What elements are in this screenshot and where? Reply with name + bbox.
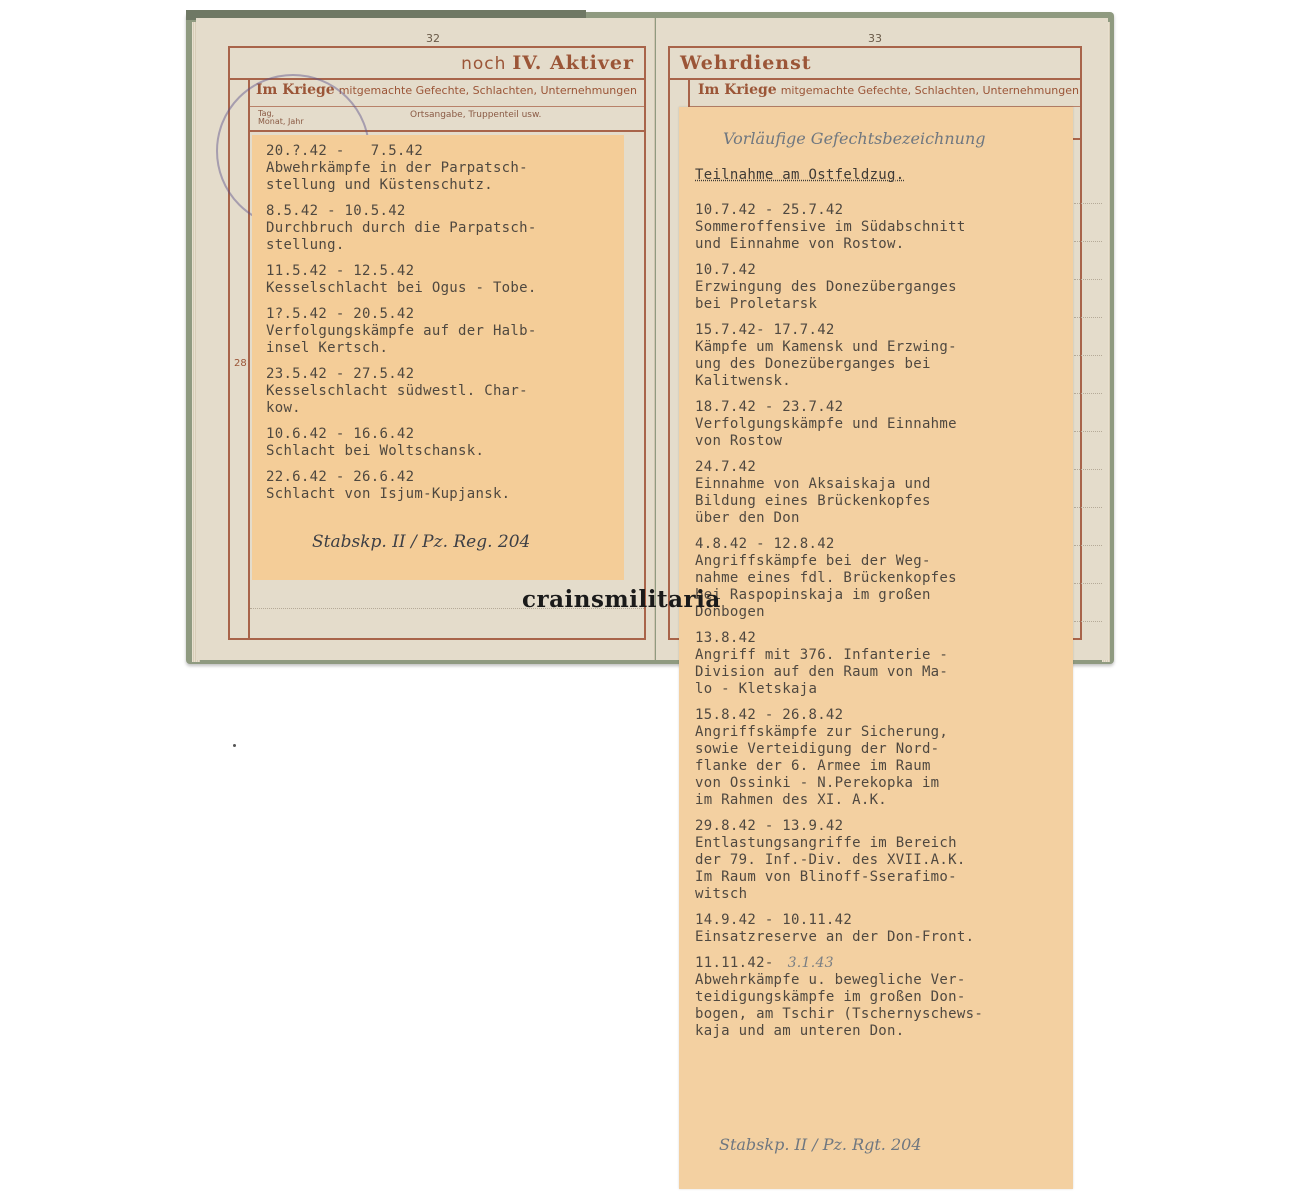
entry-list: 20.?.42 - 7.5.42Abwehrkämpfe in der Parp… — [266, 143, 537, 512]
entry-list: 10.7.42 - 25.7.42Sommeroffensive im Süda… — [695, 202, 983, 1049]
entry-date: 11.5.42 - 12.5.42 — [266, 263, 537, 280]
entry-date: 22.6.42 - 26.6.42 — [266, 469, 537, 486]
entry-text: Einnahme von Aksaiskaja und Bildung eine… — [695, 476, 983, 527]
entry: 24.7.42Einnahme von Aksaiskaja und Bildu… — [695, 459, 983, 527]
section-rest: mitgemachte Gefechte, Schlachten, Untern… — [339, 84, 637, 97]
page-header: nochIV. Aktiver — [461, 52, 634, 74]
entry: 11.11.42-3.1.43Abwehrkämpfe u. beweglich… — [695, 955, 983, 1040]
entry: 13.8.42Angriff mit 376. Infanterie - Div… — [695, 630, 983, 698]
slip-heading: Teilnahme am Ostfeldzug. — [695, 167, 905, 183]
entry-text: Schlacht von Isjum-Kupjansk. — [266, 486, 537, 503]
entry: 18.7.42 - 23.7.42Verfolgungskämpfe und E… — [695, 399, 983, 450]
header-band: nochIV. Aktiver — [230, 48, 644, 80]
entry-text: Einsatzreserve an der Don-Front. — [695, 929, 983, 946]
typed-slip-right: Vorläufige Gefechtsbezeichnung Teilnahme… — [679, 107, 1073, 1189]
entry-date: 29.8.42 - 13.9.42 — [695, 818, 983, 835]
watermark: crainsmilitaria — [522, 586, 721, 613]
divider — [250, 106, 644, 107]
section-bold: Im Kriege — [256, 82, 335, 98]
row-line — [1074, 431, 1102, 432]
entry-text: Angriffskämpfe zur Sicherung, sowie Vert… — [695, 724, 983, 809]
margin-number: 28 — [234, 358, 247, 369]
col-date-label-2: Monat, Jahr — [258, 118, 304, 126]
entry-text: Angriff mit 376. Infanterie - Division a… — [695, 647, 983, 698]
divider — [250, 130, 644, 132]
entry-date: 10.7.42 — [695, 262, 983, 279]
entry-date: 20.?.42 - 7.5.42 — [266, 143, 537, 160]
section-bold: Im Kriege — [698, 82, 777, 98]
entry-text: Schlacht bei Woltschansk. — [266, 443, 537, 460]
section-header: Im Kriegemitgemachte Gefechte, Schlachte… — [256, 82, 637, 98]
entry-text: Erzwingung des Donezüberganges bei Prole… — [695, 279, 983, 313]
page-number: 33 — [868, 32, 882, 45]
speck — [233, 744, 236, 747]
column-header-place: Ortsangabe, Truppenteil usw. — [410, 110, 541, 120]
row-line — [1074, 317, 1102, 318]
entry-date: 11.11.42-3.1.43 — [695, 955, 983, 972]
entry-date: 4.8.42 - 12.8.42 — [695, 536, 983, 553]
page-number: 32 — [426, 32, 440, 45]
header-title: IV. Aktiver — [512, 52, 634, 74]
row-line — [1074, 507, 1102, 508]
entry: 15.8.42 - 26.8.42Angriffskämpfe zur Sich… — [695, 707, 983, 809]
entry: 14.9.42 - 10.11.42Einsatzreserve an der … — [695, 912, 983, 946]
row-line — [1074, 621, 1102, 622]
row-line — [1074, 241, 1102, 242]
entry: 29.8.42 - 13.9.42Entlastungsangriffe im … — [695, 818, 983, 903]
entry-date: 15.7.42- 17.7.42 — [695, 322, 983, 339]
handwritten-heading: Vorläufige Gefechtsbezeichnung — [723, 129, 986, 148]
entry-date: 24.7.42 — [695, 459, 983, 476]
entry-date: 15.8.42 - 26.8.42 — [695, 707, 983, 724]
entry-date: 13.8.42 — [695, 630, 983, 647]
entry-date: 23.5.42 - 27.5.42 — [266, 366, 537, 383]
entry-date: 8.5.42 - 10.5.42 — [266, 203, 537, 220]
entry-text: Kesselschlacht südwestl. Char- kow. — [266, 383, 537, 417]
entry-text: Verfolgungskämpfe auf der Halb- insel Ke… — [266, 323, 537, 357]
row-line — [1074, 469, 1102, 470]
row-line — [1074, 583, 1102, 584]
section-header: Im Kriegemitgemachte Gefechte, Schlachte… — [698, 82, 1079, 98]
entry: 10.6.42 - 16.6.42Schlacht bei Woltschans… — [266, 426, 537, 460]
page-header: Wehrdienst — [680, 52, 812, 74]
column-header-date: Tag, Monat, Jahr — [258, 110, 304, 126]
entry: 1?.5.42 - 20.5.42Verfolgungskämpfe auf d… — [266, 306, 537, 357]
entry: 22.6.42 - 26.6.42Schlacht von Isjum-Kupj… — [266, 469, 537, 503]
row-line — [1074, 355, 1102, 356]
entry: 20.?.42 - 7.5.42Abwehrkämpfe in der Parp… — [266, 143, 537, 194]
row-line — [1074, 545, 1102, 546]
entry: 23.5.42 - 27.5.42Kesselschlacht südwestl… — [266, 366, 537, 417]
entry-text: Kämpfe um Kamensk und Erzwing- ung des D… — [695, 339, 983, 390]
entry-date: 18.7.42 - 23.7.42 — [695, 399, 983, 416]
row-line — [1074, 279, 1102, 280]
entry: 8.5.42 - 10.5.42Durchbruch durch die Par… — [266, 203, 537, 254]
row-line — [1074, 203, 1102, 204]
entry-text: Sommeroffensive im Südabschnitt und Einn… — [695, 219, 983, 253]
entry-text: Angriffskämpfe bei der Weg- nahme eines … — [695, 553, 983, 621]
header-prefix: noch — [461, 54, 506, 74]
entry-text: Kesselschlacht bei Ogus - Tobe. — [266, 280, 537, 297]
handwritten-unit-note: Stabskp. II / Pz. Reg. 204 — [312, 532, 530, 552]
entry-text: Abwehrkämpfe in der Parpatsch- stellung … — [266, 160, 537, 194]
entry: 4.8.42 - 12.8.42Angriffskämpfe bei der W… — [695, 536, 983, 621]
header-band: Wehrdienst — [670, 48, 1080, 80]
entry: 15.7.42- 17.7.42Kämpfe um Kamensk und Er… — [695, 322, 983, 390]
section-rest: mitgemachte Gefechte, Schlachten, Untern… — [781, 84, 1079, 97]
entry-date: 10.7.42 - 25.7.42 — [695, 202, 983, 219]
entry: 11.5.42 - 12.5.42Kesselschlacht bei Ogus… — [266, 263, 537, 297]
entry-text: Entlastungsangriffe im Bereich der 79. I… — [695, 835, 983, 903]
inner-border — [248, 80, 250, 638]
entry-date: 14.9.42 - 10.11.42 — [695, 912, 983, 929]
entry-date: 10.6.42 - 16.6.42 — [266, 426, 537, 443]
entry: 10.7.42Erzwingung des Donezüberganges be… — [695, 262, 983, 313]
entry-text: Durchbruch durch die Parpatsch- stellung… — [266, 220, 537, 254]
entry-text: Verfolgungskämpfe und Einnahme von Rosto… — [695, 416, 983, 450]
entry-text: Abwehrkämpfe u. bewegliche Ver- teidigun… — [695, 972, 983, 1040]
typed-slip-left: 20.?.42 - 7.5.42Abwehrkämpfe in der Parp… — [252, 135, 624, 580]
handwritten-unit-note: Stabskp. II / Pz. Rgt. 204 — [719, 1135, 922, 1154]
entry: 10.7.42 - 25.7.42Sommeroffensive im Süda… — [695, 202, 983, 253]
entry-date: 1?.5.42 - 20.5.42 — [266, 306, 537, 323]
row-line — [1074, 393, 1102, 394]
entry-date-handwritten: 3.1.43 — [788, 955, 834, 971]
